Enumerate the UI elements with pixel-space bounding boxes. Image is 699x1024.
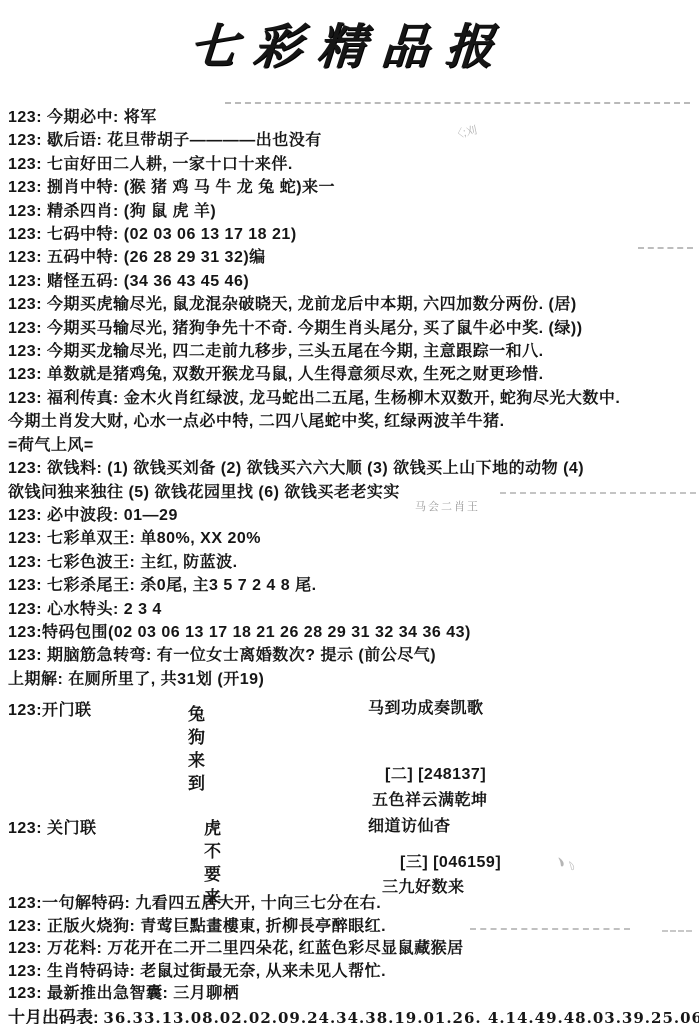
- text-line: 上期解: 在厕所里了, 共31划 (开19): [8, 668, 696, 691]
- text-line: 123: 歇后语: 花旦带胡子————出也没有: [8, 129, 696, 152]
- closing-couplet-upper-line: 五色祥云满乾坤: [372, 787, 488, 810]
- text-line: 123: 七码中特: (02 03 06 13 17 18 21): [8, 223, 696, 246]
- text-line: 123: 欲钱料: (1) 欲钱买刘备 (2) 欲钱买六六大顺 (3) 欲钱买上…: [8, 457, 696, 480]
- monthly-codes-numbers: 36.33.13.08.02.02.09.24.34.38.19.01.26. …: [103, 1009, 699, 1024]
- text-line: 123: 必中波段: 01—29: [8, 504, 696, 527]
- text-line: 123: 单数就是猪鸡兔, 双数开猴龙马鼠, 人生得意须尽欢, 生死之财更珍惜.: [8, 363, 696, 386]
- text-line: =荷气上风=: [8, 434, 696, 457]
- page-title: 七彩精品报: [0, 8, 699, 77]
- text-line: 123: 期脑筋急转弯: 有一位女士离婚数次? 提示 (前公尽气): [8, 644, 696, 667]
- text-line: 123: 精杀四肖: (狗 鼠 虎 羊): [8, 200, 696, 223]
- text-line: 123: 今期买马输尽光, 猪狗争先十不奇. 今期生肖头尾分, 买了鼠牛必中奖.…: [8, 317, 696, 340]
- text-line: 123: 五码中特: (26 28 29 31 32)编: [8, 246, 696, 269]
- text-line: 123: 今期买龙输尽光, 四二走前九移步, 三头五尾在今期, 主意跟踪一和八.: [8, 340, 696, 363]
- text-line: 今期土肖发大财, 心水一点必中特, 二四八尾蛇中奖, 红绿两波羊牛猪.: [8, 410, 696, 433]
- scan-artifact-dash: [500, 492, 696, 494]
- opening-couplet-label: 123:开门联: [8, 697, 92, 720]
- text-line: 123:特码包围(02 03 06 13 17 18 21 26 28 29 3…: [8, 621, 696, 644]
- monthly-codes-label: 十月出码表:: [8, 1008, 99, 1024]
- text-line: 123: 最新推出急智囊: 三月聊栖: [8, 983, 696, 1006]
- text-line: 123: 今期买虎输尽光, 鼠龙混杂破晓天, 龙前龙后中本期, 六四加数分两份.…: [8, 293, 696, 316]
- text-line: 123:一句解特码: 九看四五居大开, 十向三七分在右.: [8, 893, 696, 916]
- faint-watermark: 马会二肖王: [415, 498, 480, 514]
- text-line: 123: 正版火烧狗: 青莺巨點畫樓東, 折柳長亭醉眼红.: [8, 916, 696, 939]
- opening-couplet-vertical-text: 兔狗来到: [182, 705, 207, 797]
- closing-couplet-label: 123: 关门联: [8, 815, 96, 838]
- opening-couplet-code: [二] [248137]: [385, 761, 486, 784]
- text-line: 123: 赌怪五码: (34 36 43 45 46): [8, 270, 696, 293]
- body-text-block: 123: 今期必中: 将军 123: 歇后语: 花旦带胡子————出也没有 12…: [8, 106, 696, 691]
- monthly-codes-row: 十月出码表: 36.33.13.08.02.02.09.24.34.38.19.…: [8, 1006, 696, 1024]
- text-line: 123: 七亩好田二人耕, 一家十口十来伴.: [8, 153, 696, 176]
- scan-artifact-top-rule: [225, 102, 690, 104]
- text-line: 123: 心水特头: 2 3 4: [8, 598, 696, 621]
- closing-couplet-right-line: 细道访仙杳: [368, 813, 451, 836]
- text-line: 123: 福利传真: 金木火肖红绿波, 龙马蛇出二五尾, 生杨柳木双数开, 蛇狗…: [8, 387, 696, 410]
- text-line: 123: 七彩杀尾王: 杀0尾, 主3 5 7 2 4 8 尾.: [8, 574, 696, 597]
- text-line: 123: 生肖特码诗: 老鼠过街最无奈, 从来未见人帮忙.: [8, 961, 696, 984]
- scanned-lottery-report-page: 七彩精品报 〈;刈 123: 今期必中: 将军 123: 歇后语: 花旦带胡子—…: [0, 0, 699, 1024]
- closing-couplet-code: [三] [046159]: [400, 849, 501, 872]
- text-line: 123: 万花料: 万花开在二开二里四朵花, 红蓝色彩尽显鼠藏猴居: [8, 938, 696, 961]
- text-line: 123: 捌肖中特: (猴 猪 鸡 马 牛 龙 兔 蛇)来一: [8, 176, 696, 199]
- opening-couplet-right-line: 马到功成奏凯歌: [368, 695, 484, 718]
- text-line: 123: 七彩色波王: 主红, 防蓝波.: [8, 551, 696, 574]
- text-line: 123: 七彩单双王: 单80%, XX 20%: [8, 527, 696, 550]
- couplet-section: 123:开门联 兔狗来到 马到功成奏凯歌 [二] [248137] 五色祥云满乾…: [0, 691, 699, 893]
- text-line: 123: 今期必中: 将军: [8, 106, 696, 129]
- footer-text-block: 123:一句解特码: 九看四五居大开, 十向三七分在右. 123: 正版火烧狗:…: [8, 893, 696, 1024]
